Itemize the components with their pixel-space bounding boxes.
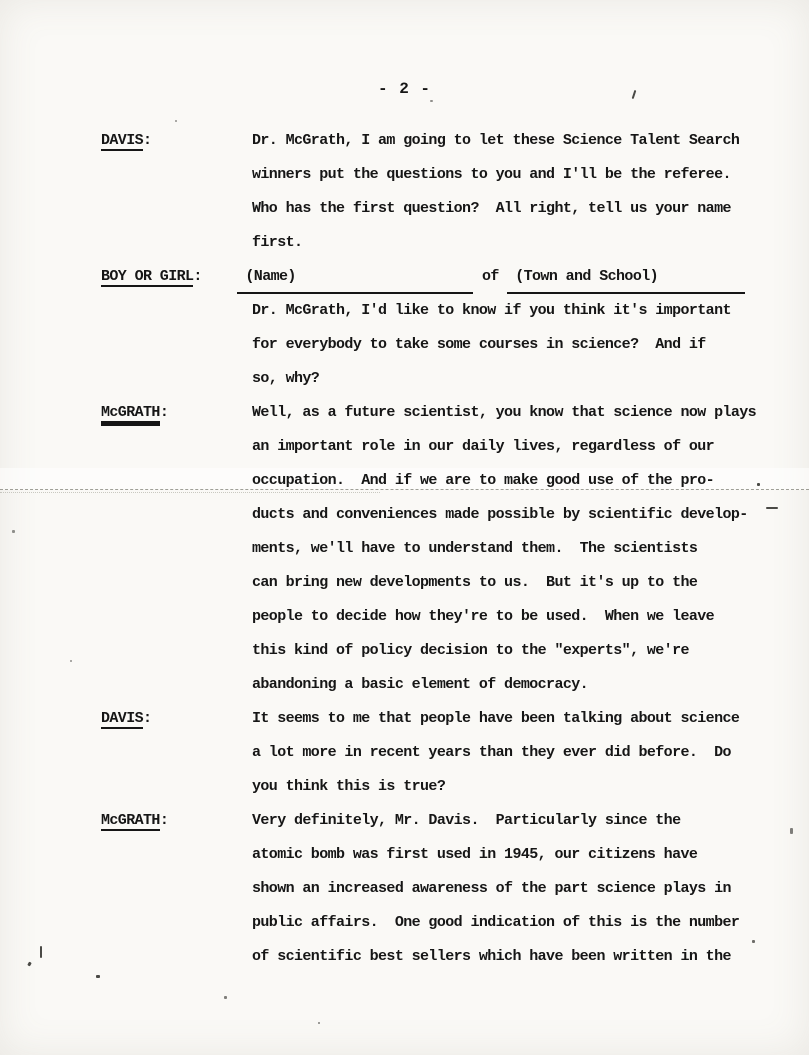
dialogue-line: people to decide how they're to be used.…: [252, 600, 809, 634]
transcript-body: DAVIS: Dr. McGrath, I am going to let th…: [0, 124, 809, 974]
dialogue-line: Dr. McGrath, I'd like to know if you thi…: [252, 294, 809, 328]
dialogue-line: ducts and conveniences made possible by …: [252, 498, 809, 532]
speaker-label-davis: DAVIS:: [0, 124, 252, 158]
scan-speck: [175, 120, 177, 122]
dialogue-line: for everybody to take some courses in sc…: [252, 328, 809, 362]
scan-speck: [790, 828, 793, 834]
dialogue-line: winners put the questions to you and I'l…: [252, 158, 809, 192]
dialogue-line: Well, as a future scientist, you know th…: [252, 396, 809, 430]
dialogue-line: ments, we'll have to understand them. Th…: [252, 532, 809, 566]
dialogue-line: first.: [252, 226, 809, 260]
scan-speck: [757, 483, 760, 486]
dialogue-line: can bring new developments to us. But it…: [252, 566, 809, 600]
scan-speck: [70, 660, 72, 662]
dialogue-line: atomic bomb was first used in 1945, our …: [252, 838, 809, 872]
speaker-label-mcgrath: McGRATH:: [0, 396, 252, 430]
fill-in-town-school-blank: (Town and School): [507, 262, 745, 294]
dialogue-line: occupation. And if we are to make good u…: [252, 464, 809, 498]
speech-block-mcgrath-1: McGRATH: Well, as a future scientist, yo…: [0, 396, 809, 702]
fill-in-of-label: of: [482, 260, 499, 294]
dialogue-line: abandoning a basic element of democracy.: [252, 668, 809, 702]
speech-block-davis-1: DAVIS: Dr. McGrath, I am going to let th…: [0, 124, 809, 260]
dialogue-line: an important role in our daily lives, re…: [252, 430, 809, 464]
speech-block-mcgrath-2: McGRATH: Very definitely, Mr. Davis. Par…: [0, 804, 809, 974]
dialogue-line: shown an increased awareness of the part…: [252, 872, 809, 906]
dialogue-line: Very definitely, Mr. Davis. Particularly…: [252, 804, 809, 838]
page-number: - 2 -: [0, 72, 809, 106]
scan-speck: [96, 975, 100, 978]
speech-block-davis-2: DAVIS: It seems to me that people have b…: [0, 702, 809, 804]
scanned-document-page: - 2 - DAVIS: Dr. McGrath, I am going to …: [0, 0, 809, 1055]
dialogue-line: this kind of policy decision to the "exp…: [252, 634, 809, 668]
scan-speck: [430, 100, 433, 102]
scan-speck: [752, 940, 755, 943]
scan-speck: [318, 1022, 320, 1024]
scan-speck: [12, 530, 15, 533]
dialogue-line: a lot more in recent years than they eve…: [252, 736, 809, 770]
dialogue-line: Dr. McGrath, I am going to let these Sci…: [252, 124, 809, 158]
dialogue-line: public affairs. One good indication of t…: [252, 906, 809, 940]
dialogue-line: It seems to me that people have been tal…: [252, 702, 809, 736]
speech-block-boy-or-girl: BOY OR GIRL: (Name)of (Town and School) …: [0, 260, 809, 396]
scan-speck: [766, 507, 778, 509]
dialogue-line: of scientific best sellers which have be…: [252, 940, 809, 974]
speaker-label-mcgrath: McGRATH:: [0, 804, 252, 838]
fill-in-blank-row: (Name)of (Town and School): [237, 260, 809, 294]
fill-in-name-blank: (Name): [237, 262, 473, 294]
scan-speck: [40, 946, 42, 958]
dialogue-line: so, why?: [252, 362, 809, 396]
scan-speck: [224, 996, 227, 999]
dialogue-line: Who has the first question? All right, t…: [252, 192, 809, 226]
dialogue-line: you think this is true?: [252, 770, 809, 804]
speaker-label-boy-or-girl: BOY OR GIRL:: [0, 260, 252, 294]
speaker-label-davis: DAVIS:: [0, 702, 252, 736]
